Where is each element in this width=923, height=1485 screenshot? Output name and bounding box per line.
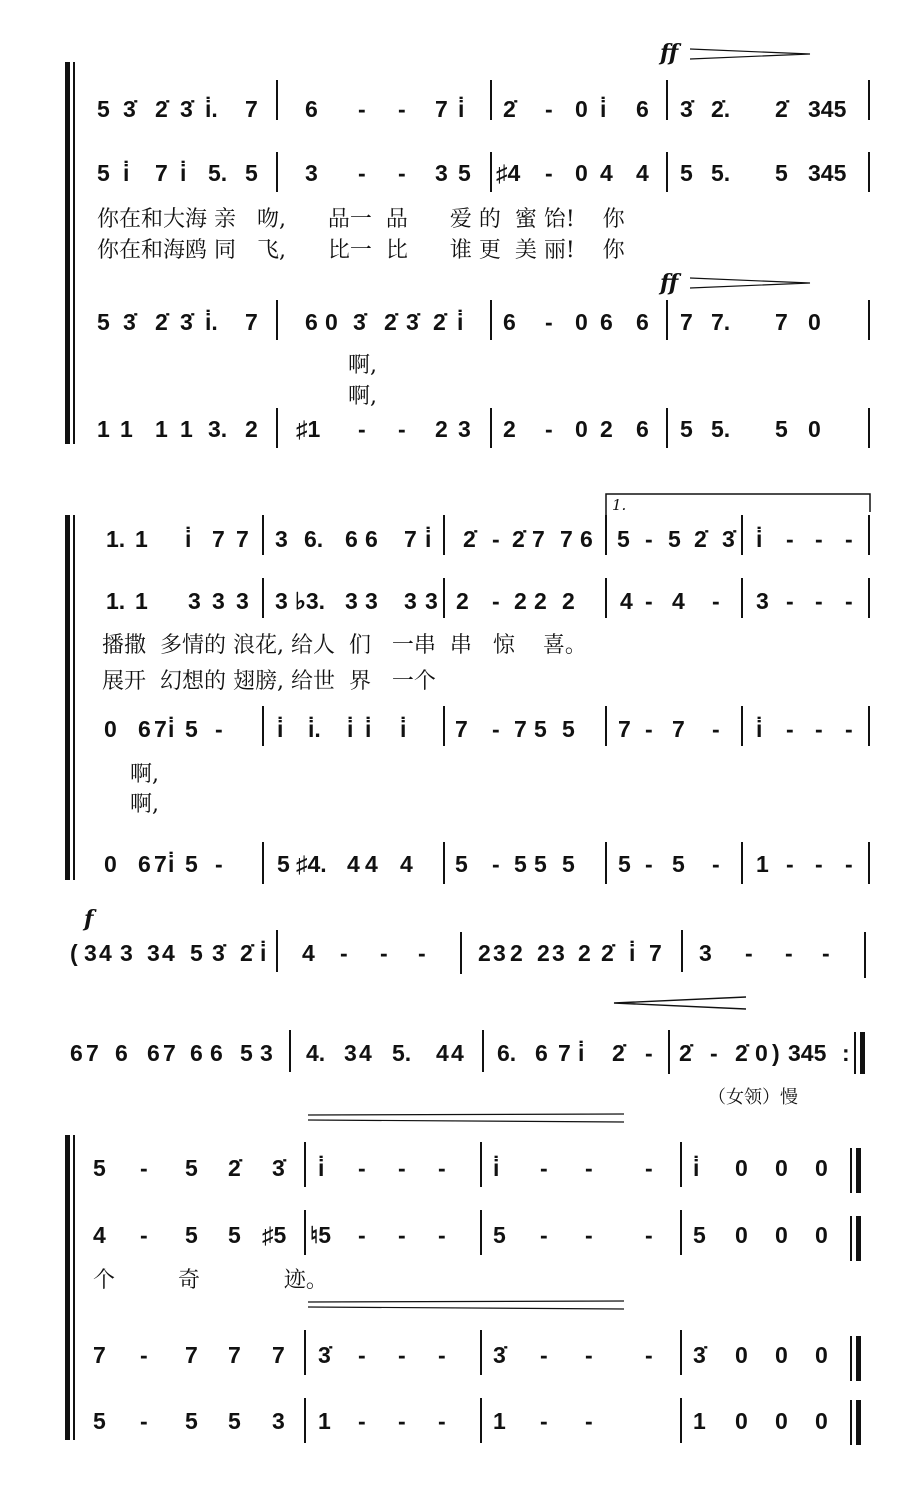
s1-ah-2: 啊,	[348, 379, 377, 410]
note-token: 4	[451, 1040, 464, 1067]
note-token: 0	[815, 1342, 828, 1369]
note-token: -	[710, 1040, 718, 1067]
final-thin-barline	[850, 1148, 852, 1193]
note-token: -	[815, 716, 823, 743]
note-token: 7	[163, 1040, 176, 1067]
note-token: 2	[503, 416, 516, 443]
note-token: 2̇	[679, 1040, 692, 1067]
note-token: 4	[436, 1040, 449, 1067]
note-token: -	[140, 1222, 148, 1249]
final-thin-barline	[850, 1400, 852, 1445]
note-token: 3̇	[722, 526, 735, 553]
note-token: -	[438, 1155, 446, 1182]
barline	[741, 578, 743, 618]
note-token: i̇	[400, 716, 406, 743]
s1-lyrics-verse-1: 你在和大海 亲 吻, 品一 品 爱 的 蜜 饴! 你	[97, 202, 625, 233]
note-token: i̇.	[205, 96, 218, 123]
system-2-brace	[65, 515, 75, 880]
barline	[605, 706, 607, 746]
note-token: 345	[808, 96, 846, 123]
note-token: 3	[425, 588, 438, 615]
barline	[276, 930, 278, 972]
note-token: 6	[305, 96, 318, 123]
note-token: 7	[228, 1342, 241, 1369]
note-token: 7	[532, 526, 545, 553]
note-token: -	[398, 1342, 406, 1369]
performance-note: （女领）慢	[708, 1083, 798, 1109]
note-token: 2̇	[503, 96, 516, 123]
barline	[666, 300, 668, 340]
note-token: 3	[147, 940, 160, 967]
note-token: -	[398, 96, 406, 123]
note-token: -	[358, 96, 366, 123]
crescendo-hairpin	[612, 994, 752, 1014]
note-token: -	[745, 940, 753, 967]
note-token: 1.	[106, 526, 125, 553]
note-token: 5	[240, 1040, 253, 1067]
note-token: 0	[808, 416, 821, 443]
final-thin-barline	[850, 1336, 852, 1381]
note-token: 3	[493, 940, 506, 967]
barline	[262, 578, 264, 618]
s2-ah-1: 啊,	[130, 757, 159, 788]
note-token: 3	[84, 940, 97, 967]
note-token: 5	[618, 851, 631, 878]
note-token: i̇	[365, 716, 371, 743]
note-token: i̇	[457, 309, 463, 336]
note-token: -	[358, 1342, 366, 1369]
note-token: 5.	[711, 160, 730, 187]
note-token: 5.	[208, 160, 227, 187]
note-token: -	[645, 1040, 653, 1067]
note-token: -	[712, 716, 720, 743]
note-token: -	[140, 1155, 148, 1182]
barline	[868, 408, 870, 448]
note-token: 3	[756, 588, 769, 615]
note-token: 3̇	[693, 1342, 706, 1369]
note-token: 5	[617, 526, 630, 553]
note-token: 4	[636, 160, 649, 187]
note-token: 7	[404, 526, 417, 553]
note-token: 3̇	[680, 96, 693, 123]
note-token: 3	[699, 940, 712, 967]
note-token: 2̇	[228, 1155, 241, 1182]
note-token: 5	[562, 851, 575, 878]
note-token: -	[398, 1408, 406, 1435]
note-token: -	[540, 1222, 548, 1249]
note-token: 5.	[711, 416, 730, 443]
s1-alto-row: 5i̇7i̇5.53--35♯4-04455.5345	[0, 160, 923, 190]
volta-bracket-1	[604, 492, 874, 522]
note-token: 5	[693, 1222, 706, 1249]
note-token: -	[786, 588, 794, 615]
note-token: 7	[672, 716, 685, 743]
note-token: 7	[435, 96, 448, 123]
note-token: 6	[70, 1040, 83, 1067]
barline	[480, 1142, 482, 1187]
barline	[304, 1398, 306, 1443]
note-token: 0	[775, 1222, 788, 1249]
note-token: -	[398, 1222, 406, 1249]
note-token: 3	[236, 588, 249, 615]
note-token: -	[492, 716, 500, 743]
note-token: 7	[455, 716, 468, 743]
note-token: 0	[735, 1408, 748, 1435]
note-token: 3̇	[493, 1342, 506, 1369]
note-token: 5	[680, 160, 693, 187]
note-token: 6	[305, 309, 318, 336]
note-token: )	[772, 1040, 780, 1067]
s4-alto-row: 4-55♯5♮5---5---5000	[0, 1222, 923, 1252]
barline	[680, 1142, 682, 1187]
s3-line-2: 6766766534.345.446.67i̇2̇-2̇-2̇0)345:	[0, 1040, 923, 1070]
note-token: 7.	[711, 309, 730, 336]
note-token: 3̇	[212, 940, 225, 967]
note-token: 7	[649, 940, 662, 967]
note-token: ♭3.	[295, 588, 325, 615]
note-token: 3̇	[123, 96, 136, 123]
note-token: 6	[535, 1040, 548, 1067]
note-token: 6	[190, 1040, 203, 1067]
barline	[490, 408, 492, 448]
note-token: -	[785, 940, 793, 967]
note-token: -	[585, 1342, 593, 1369]
note-token: ♯4.	[296, 851, 327, 878]
barline	[262, 706, 264, 746]
note-token: 5	[228, 1222, 241, 1249]
note-token: 1	[180, 416, 193, 443]
note-token: ♮5	[310, 1222, 331, 1249]
note-token: 1	[135, 588, 148, 615]
note-token: 7	[558, 1040, 571, 1067]
note-token: 3	[275, 588, 288, 615]
note-token: -	[545, 96, 553, 123]
note-token: 4	[620, 588, 633, 615]
note-token: 5	[185, 851, 198, 878]
barline	[482, 1030, 484, 1072]
note-token: 5	[534, 851, 547, 878]
note-token: -	[645, 1155, 653, 1182]
note-token: 7	[154, 851, 167, 878]
note-token: 5	[455, 851, 468, 878]
note-token: -	[140, 1408, 148, 1435]
note-token: 2	[478, 940, 491, 967]
barline	[490, 152, 492, 192]
note-token: -	[358, 1222, 366, 1249]
note-token: -	[358, 1155, 366, 1182]
note-token: 0	[775, 1342, 788, 1369]
note-token: 2̇	[694, 526, 707, 553]
note-token: 7	[185, 1342, 198, 1369]
note-token: 7	[86, 1040, 99, 1067]
dynamic-ff-1: ff	[660, 40, 678, 66]
note-token: 6	[600, 309, 613, 336]
note-token: 3̇	[180, 96, 193, 123]
note-token: 3	[365, 588, 378, 615]
note-token: 2̇	[612, 1040, 625, 1067]
s4-tenor-row: 7-7773̇---3̇---3̇000	[0, 1342, 923, 1372]
note-token: i̇	[756, 526, 762, 553]
final-thin-barline	[850, 1216, 852, 1261]
note-token: 2̇	[433, 309, 446, 336]
note-token: 3	[260, 1040, 273, 1067]
barline	[864, 932, 866, 978]
barline	[490, 80, 492, 120]
note-token: 0	[325, 309, 338, 336]
barline	[741, 842, 743, 884]
note-token: 6	[580, 526, 593, 553]
note-token: 1	[318, 1408, 331, 1435]
barline	[681, 930, 683, 972]
barline	[868, 152, 870, 192]
note-token: -	[492, 588, 500, 615]
note-token: 3	[344, 1040, 357, 1067]
note-token: -	[845, 851, 853, 878]
note-token: 6	[365, 526, 378, 553]
note-token: -	[815, 526, 823, 553]
note-token: 5.	[392, 1040, 411, 1067]
note-token: -	[340, 940, 348, 967]
note-token: -	[645, 851, 653, 878]
barline	[490, 300, 492, 340]
note-token: :	[842, 1040, 850, 1067]
note-token: 6	[636, 309, 649, 336]
note-token: 7	[680, 309, 693, 336]
note-token: -	[786, 526, 794, 553]
note-token: -	[845, 716, 853, 743]
note-token: 6	[210, 1040, 223, 1067]
note-token: 4.	[306, 1040, 325, 1067]
note-token: i̇	[756, 716, 762, 743]
s2-lyrics-verse-1: 播撒 多情的 浪花, 给人 们 一串 串 惊 喜。	[102, 628, 587, 659]
note-token: 3̇	[272, 1155, 285, 1182]
note-token: 5	[245, 160, 258, 187]
note-token: 4	[672, 588, 685, 615]
note-token: 2	[578, 940, 591, 967]
note-token: -	[545, 309, 553, 336]
note-token: -	[712, 588, 720, 615]
note-token: -	[140, 1342, 148, 1369]
note-token: 4	[93, 1222, 106, 1249]
note-token: 3	[212, 588, 225, 615]
note-token: -	[585, 1222, 593, 1249]
note-token: 0	[735, 1342, 748, 1369]
note-token: -	[645, 588, 653, 615]
s1-soprano-row: 53̇2̇3̇i̇.76--7i̇2̇-0i̇63̇2̇.2̇345	[0, 96, 923, 126]
note-token: i̇	[168, 716, 174, 743]
note-token: -	[585, 1155, 593, 1182]
decrescendo-hairpin-4	[308, 1297, 628, 1317]
s1-bass-row: 11113.2♯1--232-02655.50	[0, 416, 923, 446]
barline	[276, 152, 278, 192]
note-token: 3̇	[180, 309, 193, 336]
s2-lyrics-verse-2: 展开 幻想的 翅膀, 给世 界 一个	[102, 664, 436, 695]
note-token: 5	[93, 1155, 106, 1182]
note-token: 0	[808, 309, 821, 336]
note-token: i̇	[629, 940, 635, 967]
note-token: 0	[575, 416, 588, 443]
note-token: 4	[359, 1040, 372, 1067]
barline	[680, 1398, 682, 1443]
note-token: -	[398, 416, 406, 443]
note-token: i̇	[347, 716, 353, 743]
note-token: i̇	[123, 160, 129, 187]
note-token: 2	[534, 588, 547, 615]
note-token: 0	[775, 1408, 788, 1435]
note-token: 5	[534, 716, 547, 743]
final-thick-barline	[856, 1148, 861, 1193]
note-token: -	[545, 160, 553, 187]
volta-label: 1.	[612, 496, 626, 514]
note-token: 2	[562, 588, 575, 615]
final-thick-barline	[856, 1400, 861, 1445]
note-token: i̇	[277, 716, 283, 743]
note-token: i̇	[185, 526, 191, 553]
note-token: 6	[147, 1040, 160, 1067]
note-token: ♯4	[496, 160, 520, 187]
note-token: -	[215, 851, 223, 878]
barline	[605, 578, 607, 618]
note-token: 2̇	[735, 1040, 748, 1067]
barline	[666, 152, 668, 192]
note-token: 5	[493, 1222, 506, 1249]
note-token: 7	[245, 309, 258, 336]
note-token: i̇	[168, 851, 174, 878]
note-token: 5	[185, 1408, 198, 1435]
s2-bass-row: 067i̇5-5♯4.4445-5555-5-1---	[0, 851, 923, 881]
note-token: 2̇	[512, 526, 525, 553]
note-token: i̇	[578, 1040, 584, 1067]
note-token: -	[786, 716, 794, 743]
note-token: i̇	[458, 96, 464, 123]
note-token: 0	[735, 1222, 748, 1249]
barline	[666, 408, 668, 448]
note-token: 3̇	[353, 309, 366, 336]
note-token: 3	[345, 588, 358, 615]
barline	[443, 515, 445, 555]
barline	[741, 706, 743, 746]
note-token: -	[358, 416, 366, 443]
note-token: 0	[104, 851, 117, 878]
note-token: 6	[636, 96, 649, 123]
note-token: 6	[115, 1040, 128, 1067]
note-token: i̇.	[308, 716, 321, 743]
barline	[868, 515, 870, 555]
note-token: i̇.	[205, 309, 218, 336]
note-token: i̇	[693, 1155, 699, 1182]
barline	[276, 408, 278, 448]
note-token: 3	[120, 940, 133, 967]
note-token: 6.	[497, 1040, 516, 1067]
note-token: 2̇	[601, 940, 614, 967]
note-token: 3	[305, 160, 318, 187]
note-token: -	[438, 1222, 446, 1249]
barline	[460, 932, 462, 974]
note-token: 0	[815, 1222, 828, 1249]
final-thick-barline	[856, 1216, 861, 1261]
note-token: 0	[575, 160, 588, 187]
barline	[289, 1030, 291, 1072]
note-token: -	[540, 1155, 548, 1182]
note-token: (	[70, 940, 78, 967]
barline	[868, 842, 870, 884]
note-token: -	[815, 588, 823, 615]
note-token: 7	[93, 1342, 106, 1369]
note-token: -	[215, 716, 223, 743]
decrescendo-hairpin-1	[690, 45, 815, 65]
note-token: 0	[735, 1155, 748, 1182]
note-token: 5	[228, 1408, 241, 1435]
note-token: 5	[668, 526, 681, 553]
note-token: 5	[458, 160, 471, 187]
note-token: -	[845, 588, 853, 615]
repeat-thin-barline	[854, 1032, 856, 1074]
note-token: -	[492, 851, 500, 878]
barline	[480, 1398, 482, 1443]
note-token: 1.	[106, 588, 125, 615]
barline	[262, 842, 264, 884]
s2-soprano-row: 1.1i̇7736.667i̇2̇-2̇7765-52̇3̇i̇---	[0, 526, 923, 556]
note-token: 3	[188, 588, 201, 615]
barline	[741, 515, 743, 555]
note-token: 5	[97, 160, 110, 187]
note-token: 1	[155, 416, 168, 443]
barline	[443, 842, 445, 884]
barline	[304, 1330, 306, 1375]
note-token: 7	[245, 96, 258, 123]
note-token: 5	[190, 940, 203, 967]
note-token: -	[545, 416, 553, 443]
note-token: 0	[815, 1408, 828, 1435]
note-token: i̇	[180, 160, 186, 187]
note-token: 2	[456, 588, 469, 615]
note-token: 4	[600, 160, 613, 187]
note-token: 6	[636, 416, 649, 443]
note-token: -	[438, 1342, 446, 1369]
note-token: -	[418, 940, 426, 967]
note-token: 1	[493, 1408, 506, 1435]
note-token: -	[398, 160, 406, 187]
note-token: 6	[138, 851, 151, 878]
note-token: 6	[345, 526, 358, 553]
barline	[868, 706, 870, 746]
barline	[262, 515, 264, 555]
note-token: 6	[503, 309, 516, 336]
note-token: 4	[302, 940, 315, 967]
note-token: 4	[365, 851, 378, 878]
note-token: 1	[693, 1408, 706, 1435]
note-token: -	[492, 526, 500, 553]
note-token: 3̇	[123, 309, 136, 336]
note-token: 345	[788, 1040, 826, 1067]
note-token: 2̇.	[711, 96, 730, 123]
note-token: -	[398, 1155, 406, 1182]
barline	[480, 1330, 482, 1375]
note-token: 345	[808, 160, 846, 187]
note-token: 5	[185, 1222, 198, 1249]
s4-soprano-row: 5-52̇3̇i̇---i̇---i̇000	[0, 1155, 923, 1185]
note-token: -	[358, 160, 366, 187]
barline	[668, 1030, 670, 1074]
barline	[304, 1210, 306, 1255]
barline	[868, 80, 870, 120]
decrescendo-hairpin-2	[690, 274, 815, 294]
note-token: 7	[155, 160, 168, 187]
note-token: 5	[185, 716, 198, 743]
note-token: -	[786, 851, 794, 878]
note-token: 0	[775, 1155, 788, 1182]
note-token: 4	[162, 940, 175, 967]
